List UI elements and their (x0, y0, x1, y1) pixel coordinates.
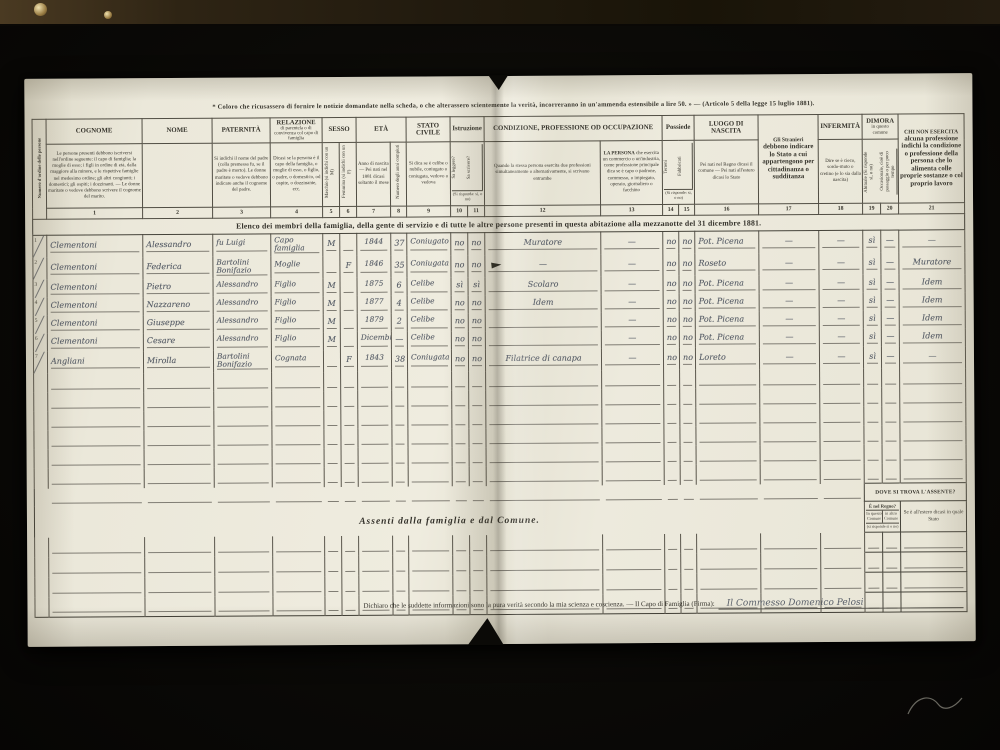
cell-sesso-f (340, 332, 357, 350)
cell-infermita: — (819, 275, 863, 293)
cell-chi-non-esercita: Idem (899, 292, 965, 310)
cell-sa-scrivere: no (468, 255, 485, 277)
assenti-section-title: Assenti dalla famiglia e dal Comune. (359, 516, 540, 527)
cell-la-persona: — (601, 294, 663, 312)
cell-stranieri: — (759, 253, 819, 275)
cell-dimora-occasionale: — (881, 253, 899, 275)
cell-stato-civile: Celibe (407, 313, 451, 331)
cell-dimora-abituale: sì (863, 253, 881, 275)
cell-luogo-nascita: Pot. Picena (695, 275, 759, 293)
assente-box-estero: Se è all'estero dicasi in quale Stato (900, 501, 966, 532)
assente-box-title: DOVE SI TROVA L'ASSENTE? (864, 483, 966, 502)
cell-luogo-nascita: Pot. Picena (695, 231, 759, 254)
cell-cognome: Clementoni (47, 315, 143, 334)
cell-sesso-m: M (323, 296, 340, 314)
cell-sesso-f (340, 296, 357, 314)
cell-possiede-fabbricati: no (679, 312, 695, 330)
col-header-cognome: COGNOME (46, 119, 142, 145)
cell-paternita: Alessandro (213, 314, 271, 332)
cell-la-persona: — (601, 276, 663, 294)
cell-paternita: Alessandro (213, 296, 271, 314)
cell-nome: Giuseppe (143, 315, 213, 333)
cell-possiede-terreni: no (663, 294, 679, 312)
cell-dimora-abituale: sì (863, 293, 881, 311)
cell-row-number: 7 (33, 352, 47, 374)
cell-cognome: Clementoni (47, 297, 143, 316)
cell-cognome: Clementoni (47, 333, 143, 352)
records-body: Elenco dei membri della famiglia, della … (33, 214, 967, 618)
cell-nome: Alessandro (143, 234, 213, 257)
desc-sesso-f: Femmina (si indichi con un F) (339, 142, 356, 206)
cell-sesso-m (323, 256, 340, 278)
cell-relazione: Cognata (271, 350, 323, 372)
desc-professione: Quando la stessa persona esercita due pr… (484, 141, 600, 206)
cell-stato-civile: Celibe (407, 277, 451, 295)
cell-la-persona: — (601, 312, 663, 330)
cell-possiede-fabbricati: no (679, 294, 695, 312)
cell-possiede-terreni: no (663, 231, 679, 254)
cell-la-persona: — (601, 232, 663, 255)
cell-sa-scrivere: no (468, 349, 485, 371)
col-header-dimora: DIMORAin questo comune (862, 114, 898, 139)
cell-chi-non-esercita: — (899, 346, 965, 368)
cell-relazione: Figlio (271, 278, 323, 296)
cell-possiede-terreni: no (663, 330, 679, 348)
cell-professione: Scolaro (485, 276, 601, 295)
cell-sa-scrivere: no (468, 233, 485, 256)
cell-relazione: Figlio (271, 314, 323, 332)
cell-chi-non-esercita: Muratore (899, 252, 965, 274)
cell-stato-civile: Celibe (407, 295, 451, 313)
cell-professione: Filatrice di canapa (485, 348, 601, 371)
cell-possiede-terreni: no (663, 254, 679, 276)
cell-possiede-terreni: no (663, 312, 679, 330)
cell-infermita: — (819, 230, 863, 253)
desc-luogo-nascita: Pei nati nel Regno dicasi il comune — Pe… (694, 140, 758, 204)
desc-la-persona: LA PERSONA che esercita un commercio o u… (600, 141, 662, 205)
cell-paternita: Bartolini Bonifazio (213, 256, 271, 278)
cell-possiede-fabbricati: no (679, 348, 695, 370)
cell-sa-leggere: no (451, 255, 468, 277)
cell-dimora-occasionale: — (881, 329, 899, 347)
cell-anni-compiuti: — (391, 332, 407, 350)
desc-infermita: Dire se è cieco, sordo-muto o cretino (e… (818, 139, 862, 203)
cell-possiede-terreni: no (663, 348, 679, 370)
col-header-luogo-nascita: LUOGO DI NASCITA (694, 115, 758, 140)
cell-chi-non-esercita: Idem (899, 328, 965, 346)
cell-cognome: Clementoni (47, 257, 143, 280)
cell-luogo-nascita: Roseto (695, 253, 759, 275)
cell-sa-scrivere: no (468, 331, 485, 349)
col-header-paternita: PATERNITÀ (212, 118, 270, 143)
cell-nome: Federica (143, 257, 213, 279)
cell-luogo-nascita: Pot. Picena (695, 329, 759, 347)
cell-row-number: 6 (33, 334, 47, 352)
cell-anni-compiuti: 2 (391, 314, 407, 332)
cell-anno-nascita: 1846 (357, 256, 391, 278)
cell-stato-civile: Coniugata (407, 255, 451, 277)
cell-anno-nascita: 1875 (357, 278, 391, 296)
photo-background: * Coloro che ricusassero di fornire le n… (0, 0, 1000, 750)
cell-dimora-abituale: sì (863, 230, 881, 253)
cell-stranieri: — (759, 329, 819, 347)
cell-stranieri: — (759, 231, 819, 254)
cell-row-number: 3 (33, 280, 47, 298)
desc-relazione: Dicasi se la persona è il capo della fam… (270, 143, 322, 207)
cell-sesso-f: F (340, 350, 357, 372)
cell-sa-leggere: no (451, 313, 468, 331)
col-header-infermita: INFERMITÀ (818, 114, 862, 139)
cell-chi-non-esercita: Idem (899, 310, 965, 328)
cell-sesso-m (323, 350, 340, 372)
cell-luogo-nascita: Pot. Picena (695, 311, 759, 329)
cell-sa-leggere: no (451, 331, 468, 349)
desc-cognome: Le persone presenti debbono iscriversi n… (46, 144, 142, 209)
cell-sa-scrivere: no (468, 313, 485, 331)
cell-stato-civile: Coniugata (407, 349, 451, 371)
cell-anni-compiuti: 4 (391, 296, 407, 314)
desc-anno-nascita: Anno di nascita — Pei nati nel 1881 dica… (356, 142, 390, 206)
desc-istruzione: Sa leggere?Sa scrivere? (Si risponda: sì… (450, 142, 484, 206)
cell-stato-civile: Coniugato (407, 233, 451, 256)
col-header-numero: Numero d'ordine delle persone (32, 119, 47, 219)
desc-dimora: Abituale (Si risponde sì, o no)Occasiona… (862, 139, 898, 203)
col-header-condizione: CONDIZIONE, PROFESSIONE OD OCCUPAZIONE (484, 116, 662, 142)
cell-paternita: fu Luigi (213, 234, 271, 257)
cell-sesso-m: M (323, 314, 340, 332)
cell-possiede-fabbricati: no (679, 254, 695, 276)
cell-relazione: Figlio (271, 296, 323, 314)
cell-anni-compiuti: 37 (391, 233, 407, 256)
cell-sesso-m: M (323, 332, 340, 350)
cell-anno-nascita: 1843 (357, 350, 391, 372)
paper-notch-top (488, 75, 508, 90)
cell-professione: Muratore (485, 232, 601, 255)
cell-luogo-nascita: Pot. Picena (695, 293, 759, 311)
cell-sesso-f (340, 278, 357, 296)
cell-stranieri: — (759, 293, 819, 311)
cell-possiede-fabbricati: no (679, 231, 695, 254)
cell-row-number: 5 (33, 316, 47, 334)
cell-paternita: Bartolini Bonifazio (213, 350, 271, 372)
cell-paternita: Alessandro (213, 332, 271, 350)
cell-stranieri: — (759, 347, 819, 369)
cell-dimora-abituale: sì (863, 275, 881, 293)
cell-dimora-abituale: sì (863, 347, 881, 369)
cell-cognome: Clementoni (47, 279, 143, 298)
col-header-sesso: SESSO (322, 117, 356, 142)
cell-paternita: Alessandro (213, 278, 271, 296)
wooden-shelf-edge (0, 0, 1000, 26)
cell-dimora-occasionale: — (881, 311, 899, 329)
cell-sa-leggere: no (451, 233, 468, 256)
head-of-family-signature: Il Commesso Domenico Pelosi (719, 597, 964, 609)
cell-la-persona: — (601, 254, 663, 276)
census-form-document: * Coloro che ricusassero di fornire le n… (24, 73, 975, 647)
desc-sesso-m: Maschio (si indichi con un M) (322, 142, 339, 206)
cell-nome: Pietro (143, 279, 213, 297)
cell-dimora-occasionale: — (881, 293, 899, 311)
screw-head-icon (34, 3, 47, 16)
pen-squiggle-mark (904, 690, 966, 722)
screw-head-icon (104, 11, 112, 19)
cell-sesso-m: M (323, 233, 340, 256)
cell-nome: Mirolla (143, 351, 213, 373)
cell-sesso-f (340, 314, 357, 332)
cell-sa-leggere: no (451, 295, 468, 313)
col-header-istruzione: Istruzione (450, 117, 484, 142)
cell-infermita: — (819, 329, 863, 347)
cell-dimora-abituale: sì (863, 311, 881, 329)
col-header-possiede: Possiede (662, 115, 694, 140)
cell-la-persona: — (601, 330, 663, 348)
cell-chi-non-esercita: — (899, 230, 965, 253)
cell-dimora-occasionale: — (881, 275, 899, 293)
cell-la-persona: — (601, 348, 663, 370)
cell-relazione: Moglie (271, 256, 323, 278)
col-header-stato-civile: STATO CIVILE (406, 117, 450, 142)
cell-sa-scrivere: sì (468, 277, 485, 295)
desc-anni-compiuti: Numero degli anni compiuti (390, 142, 406, 206)
cell-relazione: Figlio (271, 332, 323, 350)
cell-sa-leggere: no (451, 349, 468, 371)
table-header: Numero d'ordine delle persone COGNOME NO… (32, 114, 965, 220)
cell-sesso-f: F (340, 256, 357, 278)
cell-luogo-nascita: Loreto (695, 347, 759, 369)
cell-professione: Idem (485, 294, 601, 313)
desc-possiede: TerreniFabbricati (Si risponde: sì, o no… (662, 140, 694, 204)
cell-dimora-occasionale: — (881, 230, 899, 253)
cell-sesso-f (340, 233, 357, 256)
cell-anno-nascita: Dicembre (357, 332, 391, 350)
cell-sa-scrivere: no (468, 295, 485, 313)
cell-stranieri: — (759, 311, 819, 329)
col-header-relazione: RELAZIONEdi parentela o di convivenza co… (270, 118, 322, 143)
cell-anno-nascita: 1877 (357, 296, 391, 314)
cell-relazione: Capo famiglia (271, 234, 323, 257)
cell-dimora-occasionale: — (881, 347, 899, 369)
penalty-note: * Coloro che ricusassero di fornire le n… (84, 99, 942, 111)
cell-row-number: 4 (33, 298, 47, 316)
declaration-text: Dichiaro che le suddette informazioni so… (363, 600, 714, 610)
cell-possiede-terreni: no (663, 276, 679, 294)
cell-professione (485, 330, 601, 349)
census-table: Numero d'ordine delle persone COGNOME NO… (32, 113, 968, 618)
cell-row-number: 2 (33, 258, 47, 280)
cell-professione (485, 312, 601, 331)
col-header-stranieri: Gli Stranieridebbono indicare lo Stato a… (758, 115, 819, 204)
cell-stranieri: — (759, 275, 819, 293)
desc-stato-civile: Si dica se è celibe o nubile, coniugato … (406, 142, 450, 206)
cell-nome: Cesare (143, 333, 213, 351)
assente-box-regno: È nel Regno? In questo Comunein altro Co… (864, 501, 900, 532)
cell-sa-leggere: sì (451, 277, 468, 295)
cell-stato-civile: Celibe (407, 331, 451, 349)
col-header-nome: NOME (142, 118, 212, 143)
cell-possiede-fabbricati: no (679, 276, 695, 294)
cell-anni-compiuti: 35 (391, 256, 407, 278)
cell-infermita: — (819, 311, 863, 329)
cell-possiede-fabbricati: no (679, 330, 695, 348)
desc-nome (142, 143, 212, 207)
desc-paternita: Si indichi il nome del padre (colla prem… (212, 143, 270, 207)
cell-infermita: — (819, 253, 863, 275)
cell-cognome: Clementoni (47, 235, 143, 258)
cell-dimora-abituale: sì (863, 329, 881, 347)
cell-anni-compiuti: 6 (391, 278, 407, 296)
cell-anno-nascita: 1844 (357, 233, 391, 256)
col-header-eta: ETÀ (356, 117, 406, 142)
cell-professione: — (485, 254, 601, 277)
cell-infermita: — (819, 347, 863, 369)
cell-row-number: 1 (33, 235, 47, 258)
cell-nome: Nazzareno (143, 297, 213, 315)
cell-sesso-m: M (323, 278, 340, 296)
cell-chi-non-esercita: Idem (899, 274, 965, 292)
col-header-chi-non-esercita: CHI NON ESERCITAalcuna professione indic… (898, 114, 965, 203)
cell-anni-compiuti: 38 (391, 350, 407, 372)
cell-infermita: — (819, 293, 863, 311)
cell-anno-nascita: 1879 (357, 314, 391, 332)
cell-cognome: Angliani (47, 351, 143, 374)
paper-tear-bottom (468, 618, 504, 645)
